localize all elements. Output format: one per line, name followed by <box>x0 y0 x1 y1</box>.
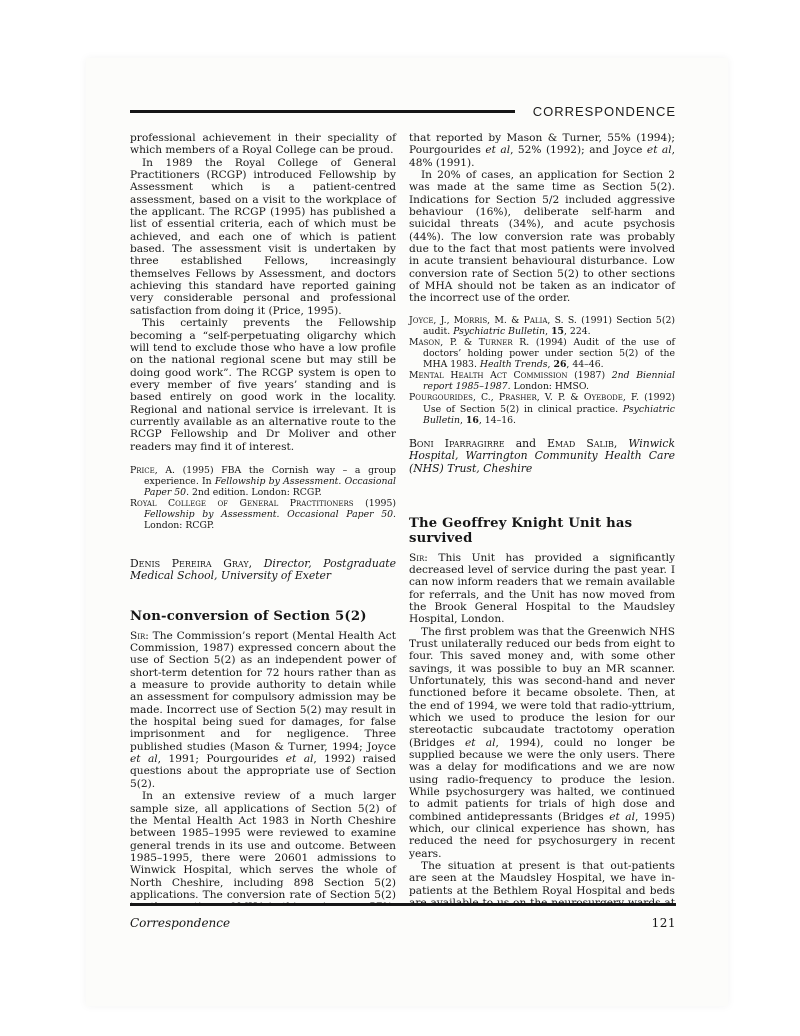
footer-rule <box>130 903 676 906</box>
letter-title: The Geoffrey Knight Unit has survived <box>409 516 675 546</box>
footer-page-number: 121 <box>652 916 676 930</box>
paragraph: The first problem was that the Greenwich… <box>409 626 675 861</box>
paragraph: that reported by Mason & Turner, 55% (19… <box>409 132 675 169</box>
paragraph: In 1989 the Royal College of General Pra… <box>130 157 396 317</box>
spacer <box>409 305 675 315</box>
page-footer: Correspondence 121 <box>130 903 676 930</box>
page-header: CORRESPONDENCE <box>130 104 676 119</box>
signature: Denis Pereira Gray, Director, Postgradua… <box>130 558 396 583</box>
reference-entry: Mason, P. & Turner R. (1994) Audit of th… <box>409 337 675 370</box>
reference-entry: Pourgourides, C., Prasher, V. P. & Oyebo… <box>409 392 675 425</box>
paragraph: This certainly prevents the Fellowship b… <box>130 317 396 453</box>
reference-entry: Royal College of General Practitioners (… <box>130 498 396 531</box>
footer-journal-title: Correspondence <box>130 916 230 930</box>
spacer <box>130 453 396 465</box>
letter-title: Non-conversion of Section 5(2) <box>130 609 396 624</box>
header-rule <box>130 110 515 113</box>
paragraph: In 20% of cases, an application for Sect… <box>409 169 675 305</box>
spacer <box>409 476 675 516</box>
paragraph: professional achievement in their specia… <box>130 132 396 157</box>
spacer <box>130 532 396 558</box>
column-left: professional achievement in their specia… <box>130 132 396 904</box>
running-head-correspondence: CORRESPONDENCE <box>533 104 676 119</box>
paragraph: The situation at present is that out-pat… <box>409 860 675 904</box>
reference-entry: Joyce, J., Morris, M. & Palia, S. S. (19… <box>409 315 675 337</box>
reference-entry: Mental Health Act Commission (1987) 2nd … <box>409 370 675 392</box>
paragraph: Sir: The Commission’s report (Mental Hea… <box>130 630 396 790</box>
text-columns: professional achievement in their specia… <box>130 132 676 904</box>
signature: Boni Iparragirre and Emad Salib, Winwick… <box>409 438 675 476</box>
reference-entry: Price, A. (1995) FBA the Cornish way – a… <box>130 465 396 498</box>
paragraph: In an extensive review of a much larger … <box>130 790 396 904</box>
paragraph: Sir: This Unit has provided a significan… <box>409 552 675 626</box>
column-right: that reported by Mason & Turner, 55% (19… <box>409 132 675 904</box>
spacer <box>130 583 396 609</box>
